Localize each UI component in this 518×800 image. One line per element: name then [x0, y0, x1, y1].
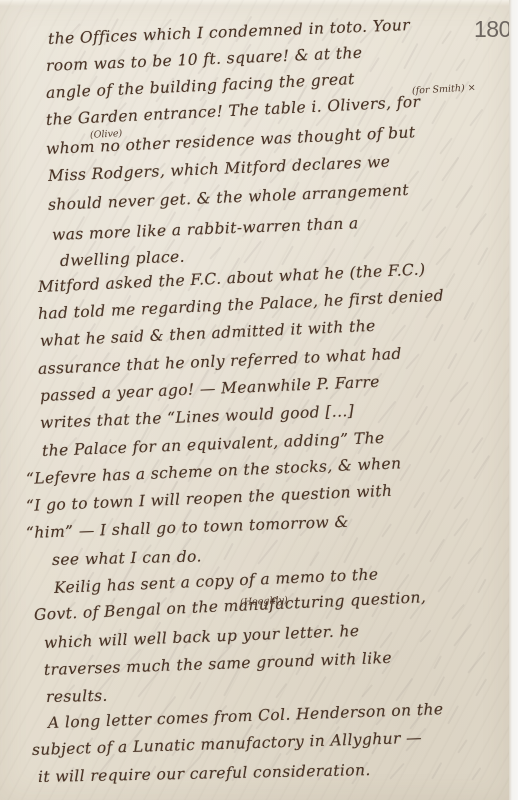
manuscript-line: passed a year ago! — Meanwhile P. Farre	[40, 373, 381, 405]
manuscript-line: room was to be 10 ft. square! & at the	[46, 44, 363, 75]
manuscript-line: it will require our careful consideratio…	[38, 761, 371, 786]
manuscript-line: see what I can do.	[52, 547, 202, 569]
scan-edge-strip	[509, 0, 518, 800]
interlinear-note: (Olive)	[90, 128, 123, 141]
manuscript-line: results.	[46, 687, 108, 706]
manuscript-line: subject of a Lunatic manufactory in Ally…	[32, 729, 423, 759]
manuscript-line: “him” — I shall go to town tomorrow &	[26, 513, 349, 542]
manuscript-line: “I go to town I will reopen the question…	[26, 482, 393, 515]
manuscript-line: assurance that he only referred to what …	[38, 345, 402, 378]
manuscript-line: A long letter comes from Col. Henderson …	[48, 700, 444, 732]
manuscript-line: dwelling place.	[60, 248, 186, 270]
handwritten-text-body: the Offices which I condemned in toto. Y…	[0, 0, 509, 800]
manuscript-line: traverses much the same ground with like	[44, 649, 393, 679]
manuscript-line: which will well back up your letter. he	[44, 622, 360, 652]
manuscript-line: should never get. & the whole arrangemen…	[48, 181, 410, 214]
manuscript-line: was more like a rabbit-warren than a	[52, 214, 359, 244]
manuscript-line: Miss Rodgers, which Mitford declares we	[48, 153, 391, 185]
manuscript-line: what he said & then admitted it with the	[40, 317, 376, 350]
manuscript-line: the Palace for an equivalent, adding” Th…	[42, 429, 385, 460]
manuscript-page: 180 the Offices which I condemned in tot…	[0, 0, 509, 800]
manuscript-line: writes that the “Lines would good [...]	[40, 402, 355, 432]
